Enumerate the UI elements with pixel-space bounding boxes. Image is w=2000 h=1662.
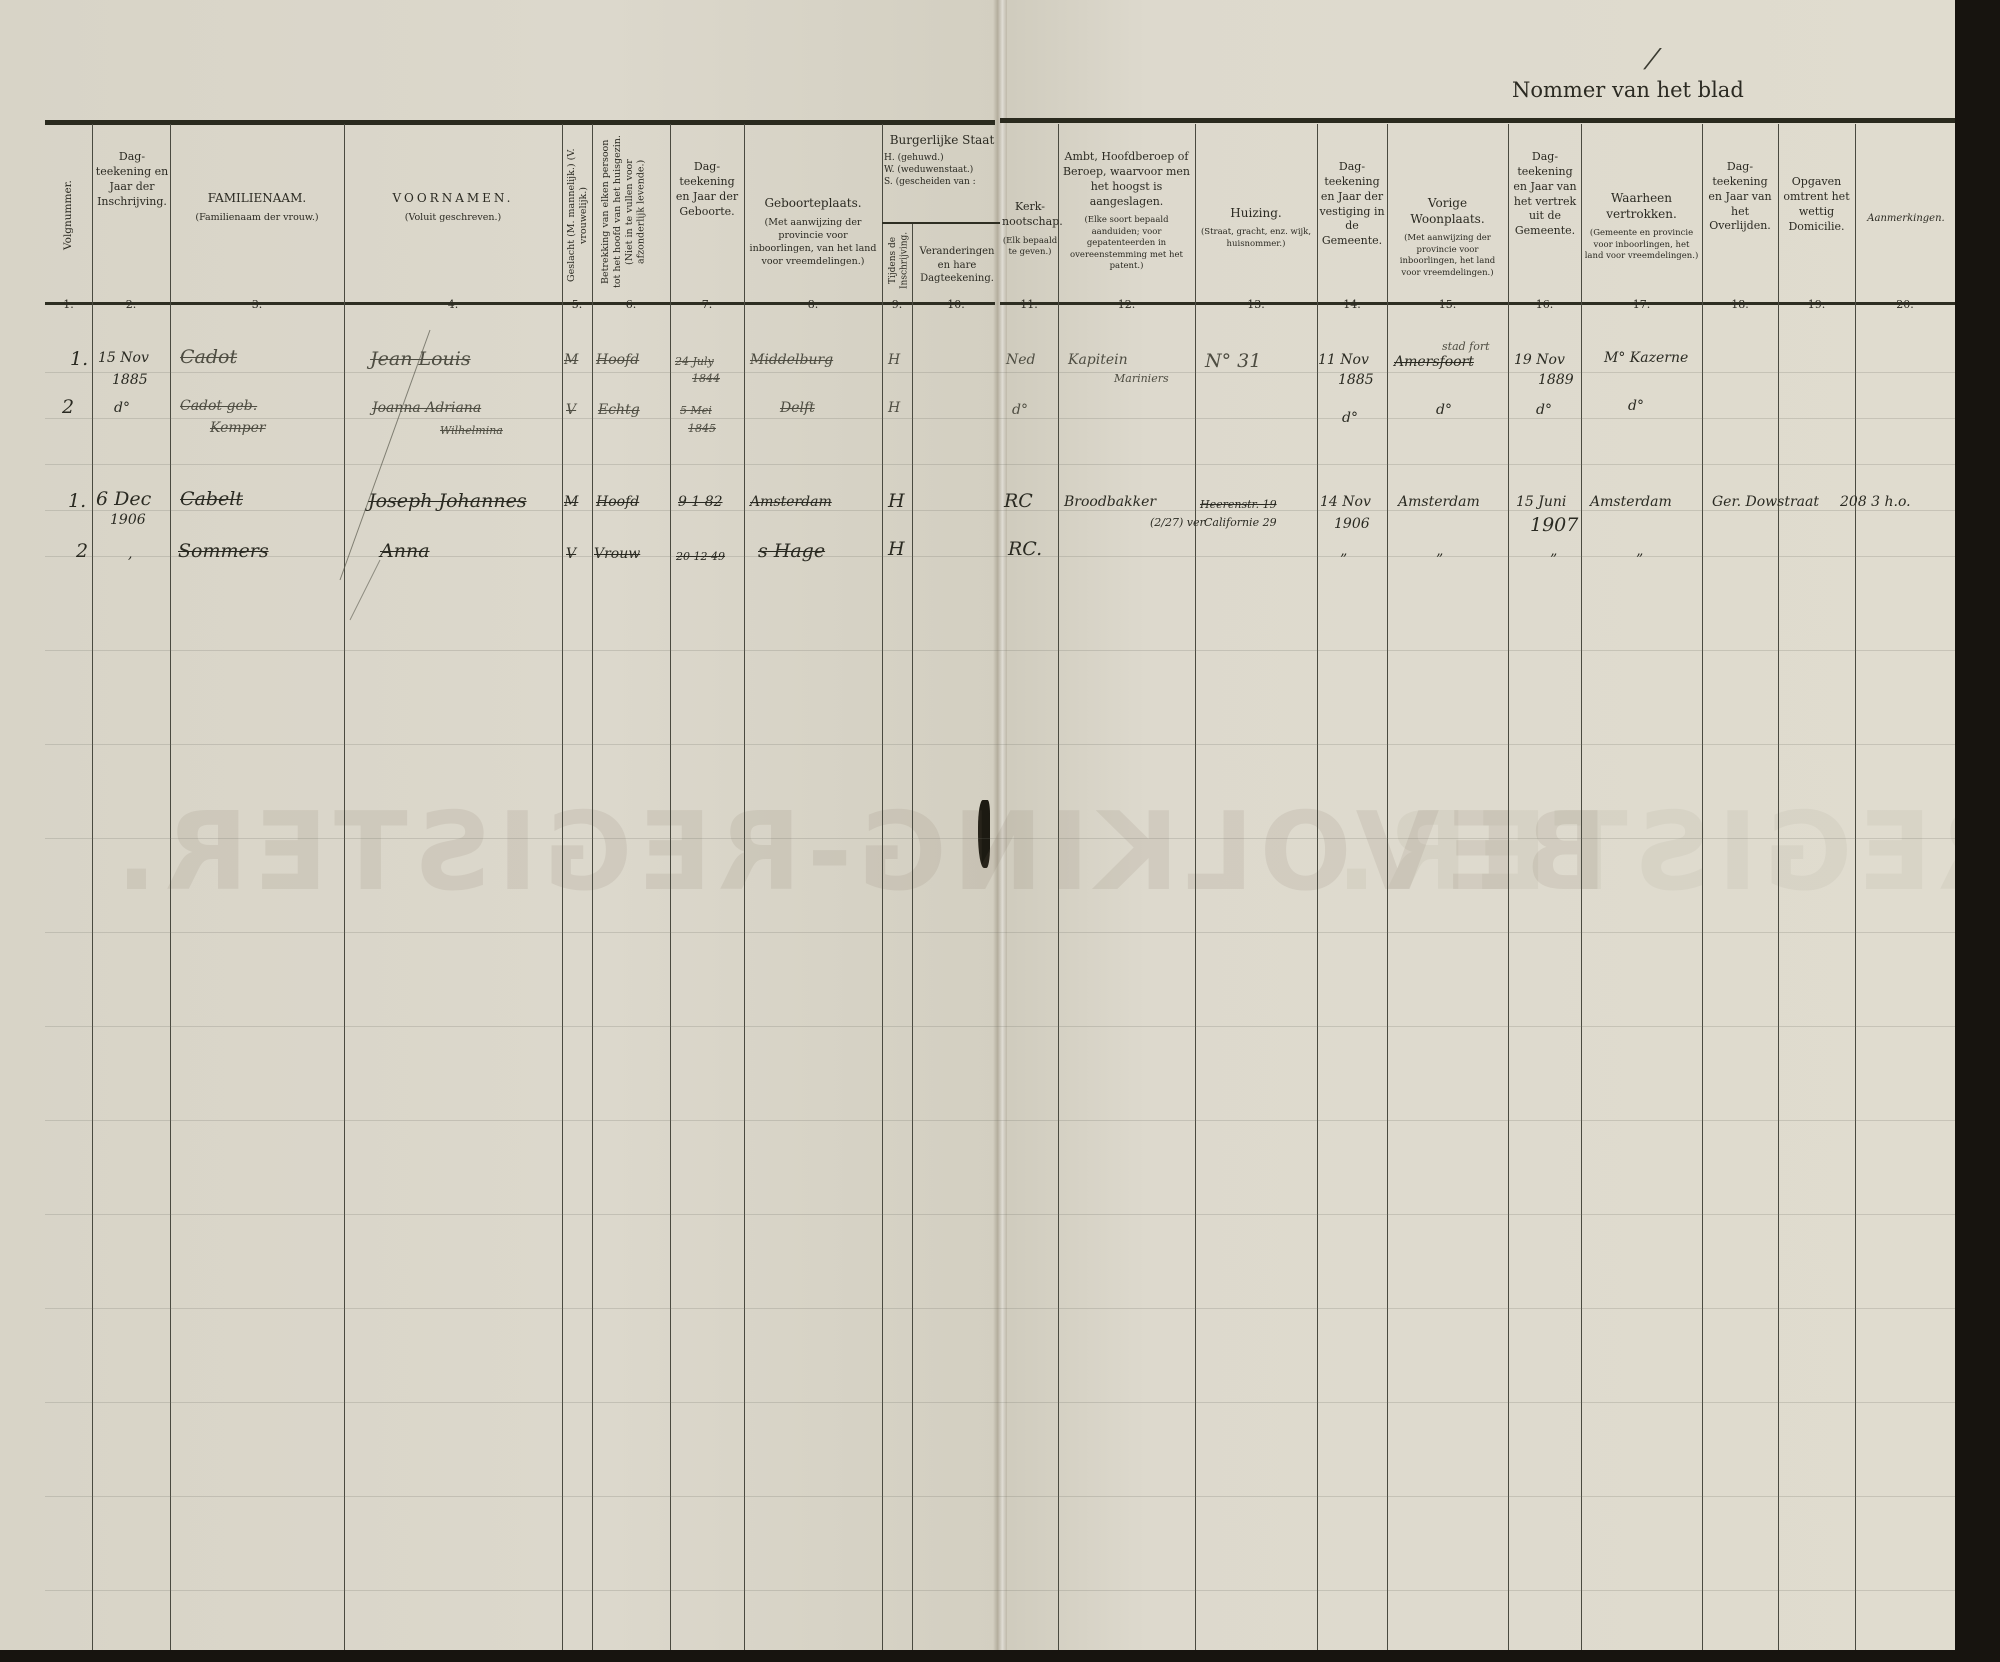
scan-border-right [1955,0,2000,1662]
cancellation-strokes [0,0,1970,1650]
register-page: BEVOLKING-REGISTER. BEVOLKING-REGISTER. … [0,0,1970,1650]
scan-border-bottom [0,1650,2000,1662]
